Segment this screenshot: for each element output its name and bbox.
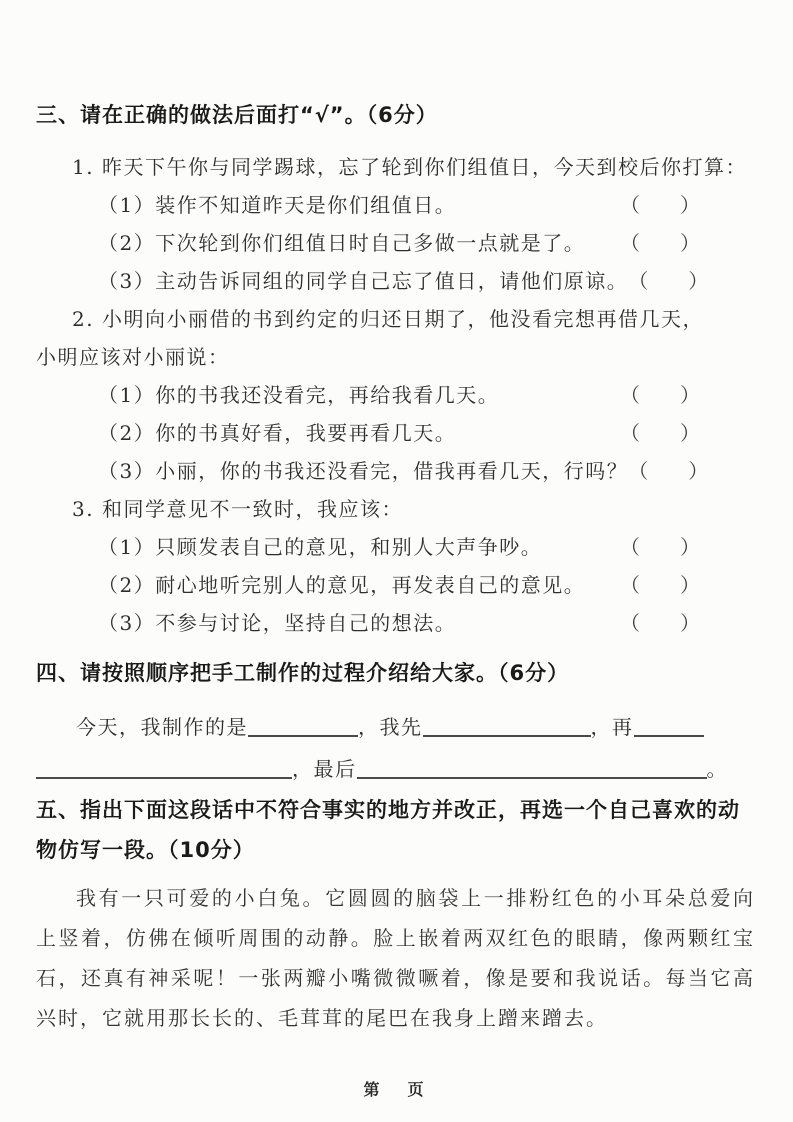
question-3-option-3: （3）不参与讨论，坚持自己的想法。 （ ）	[36, 604, 755, 642]
page-footer: 第 页	[0, 1077, 793, 1100]
option-text: （3）主动告诉同组的同学自己忘了值日，请他们原谅。	[98, 262, 628, 300]
section-three-heading: 三、请在正确的做法后面打“√”。（6分）	[36, 96, 755, 134]
option-text: （3）不参与讨论，坚持自己的想法。	[98, 604, 456, 642]
answer-bracket: （ ）	[620, 414, 700, 452]
fill-segment: 。	[707, 757, 729, 781]
question-2-option-3: （3）小丽，你的书我还没看完，借我再看几天，行吗？ （ ）	[36, 452, 755, 490]
option-text: （1）只顾发表自己的意见，和别人大声争吵。	[98, 528, 542, 566]
fill-segment: ，最后	[292, 757, 357, 781]
option-text: （1）你的书我还没看完，再给我看几天。	[98, 376, 499, 414]
answer-bracket: （ ）	[620, 186, 700, 224]
option-text: （1）装作不知道昨天是你们组值日。	[98, 186, 456, 224]
question-2-stem-line1: 2. 小明向小丽借的书到约定的归还日期了，他没看完想再借几天，	[36, 300, 755, 338]
worksheet-page: 三、请在正确的做法后面打“√”。（6分） 1. 昨天下午你与同学踢球，忘了轮到你…	[0, 0, 793, 1122]
section-four-heading: 四、请按照顺序把手工制作的过程介绍给大家。（6分）	[36, 654, 755, 692]
blank-underline	[423, 715, 591, 737]
blank-underline	[634, 715, 704, 737]
question-3-stem: 3. 和同学意见不一致时，我应该：	[36, 490, 755, 528]
blank-underline	[248, 715, 358, 737]
answer-bracket: （ ）	[620, 224, 700, 262]
answer-bracket: （ ）	[620, 566, 700, 604]
section-five-heading: 五、指出下面这段话中不符合事实的地方并改正，再选一个自己喜欢的动物仿写一段。（1…	[36, 790, 755, 870]
fill-segment: ，我先	[358, 715, 423, 739]
answer-bracket: （ ）	[628, 452, 708, 490]
question-2-stem-line2: 小明应该对小丽说：	[36, 338, 755, 376]
option-text: （2）你的书真好看，我要再看几天。	[98, 414, 456, 452]
answer-bracket: （ ）	[620, 604, 700, 642]
question-1-option-1: （1）装作不知道昨天是你们组值日。 （ ）	[36, 186, 755, 224]
option-text: （3）小丽，你的书我还没看完，借我再看几天，行吗？	[98, 452, 628, 490]
worksheet-content: 三、请在正确的做法后面打“√”。（6分） 1. 昨天下午你与同学踢球，忘了轮到你…	[0, 0, 793, 1038]
question-2-option-2: （2）你的书真好看，我要再看几天。 （ ）	[36, 414, 755, 452]
answer-bracket: （ ）	[620, 528, 700, 566]
question-1-option-2: （2）下次轮到你们组值日时自己多做一点就是了。 （ ）	[36, 224, 755, 262]
answer-bracket: （ ）	[620, 376, 700, 414]
question-1-stem: 1. 昨天下午你与同学踢球，忘了轮到你们组值日，今天到校后你打算：	[36, 148, 755, 186]
rabbit-paragraph: 我有一只可爱的小白兔。它圆圆的脑袋上一排粉红色的小耳朵总爱向上竖着，仿佛在倾听周…	[36, 878, 755, 1038]
fill-in-line-2: ，最后。	[36, 748, 755, 790]
question-3-option-1: （1）只顾发表自己的意见，和别人大声争吵。 （ ）	[36, 528, 755, 566]
question-1-option-3: （3）主动告诉同组的同学自己忘了值日，请他们原谅。 （ ）	[36, 262, 755, 300]
question-3-option-2: （2）耐心地听完别人的意见，再发表自己的意见。 （ ）	[36, 566, 755, 604]
fill-segment: 今天，我制作的是	[76, 715, 248, 739]
blank-underline	[357, 757, 707, 779]
fill-segment: ，再	[591, 715, 634, 739]
option-text: （2）耐心地听完别人的意见，再发表自己的意见。	[98, 566, 585, 604]
blank-underline	[36, 757, 292, 779]
answer-bracket: （ ）	[628, 262, 708, 300]
fill-in-line-1: 今天，我制作的是，我先，再	[36, 706, 755, 748]
question-2-option-1: （1）你的书我还没看完，再给我看几天。 （ ）	[36, 376, 755, 414]
option-text: （2）下次轮到你们组值日时自己多做一点就是了。	[98, 224, 585, 262]
